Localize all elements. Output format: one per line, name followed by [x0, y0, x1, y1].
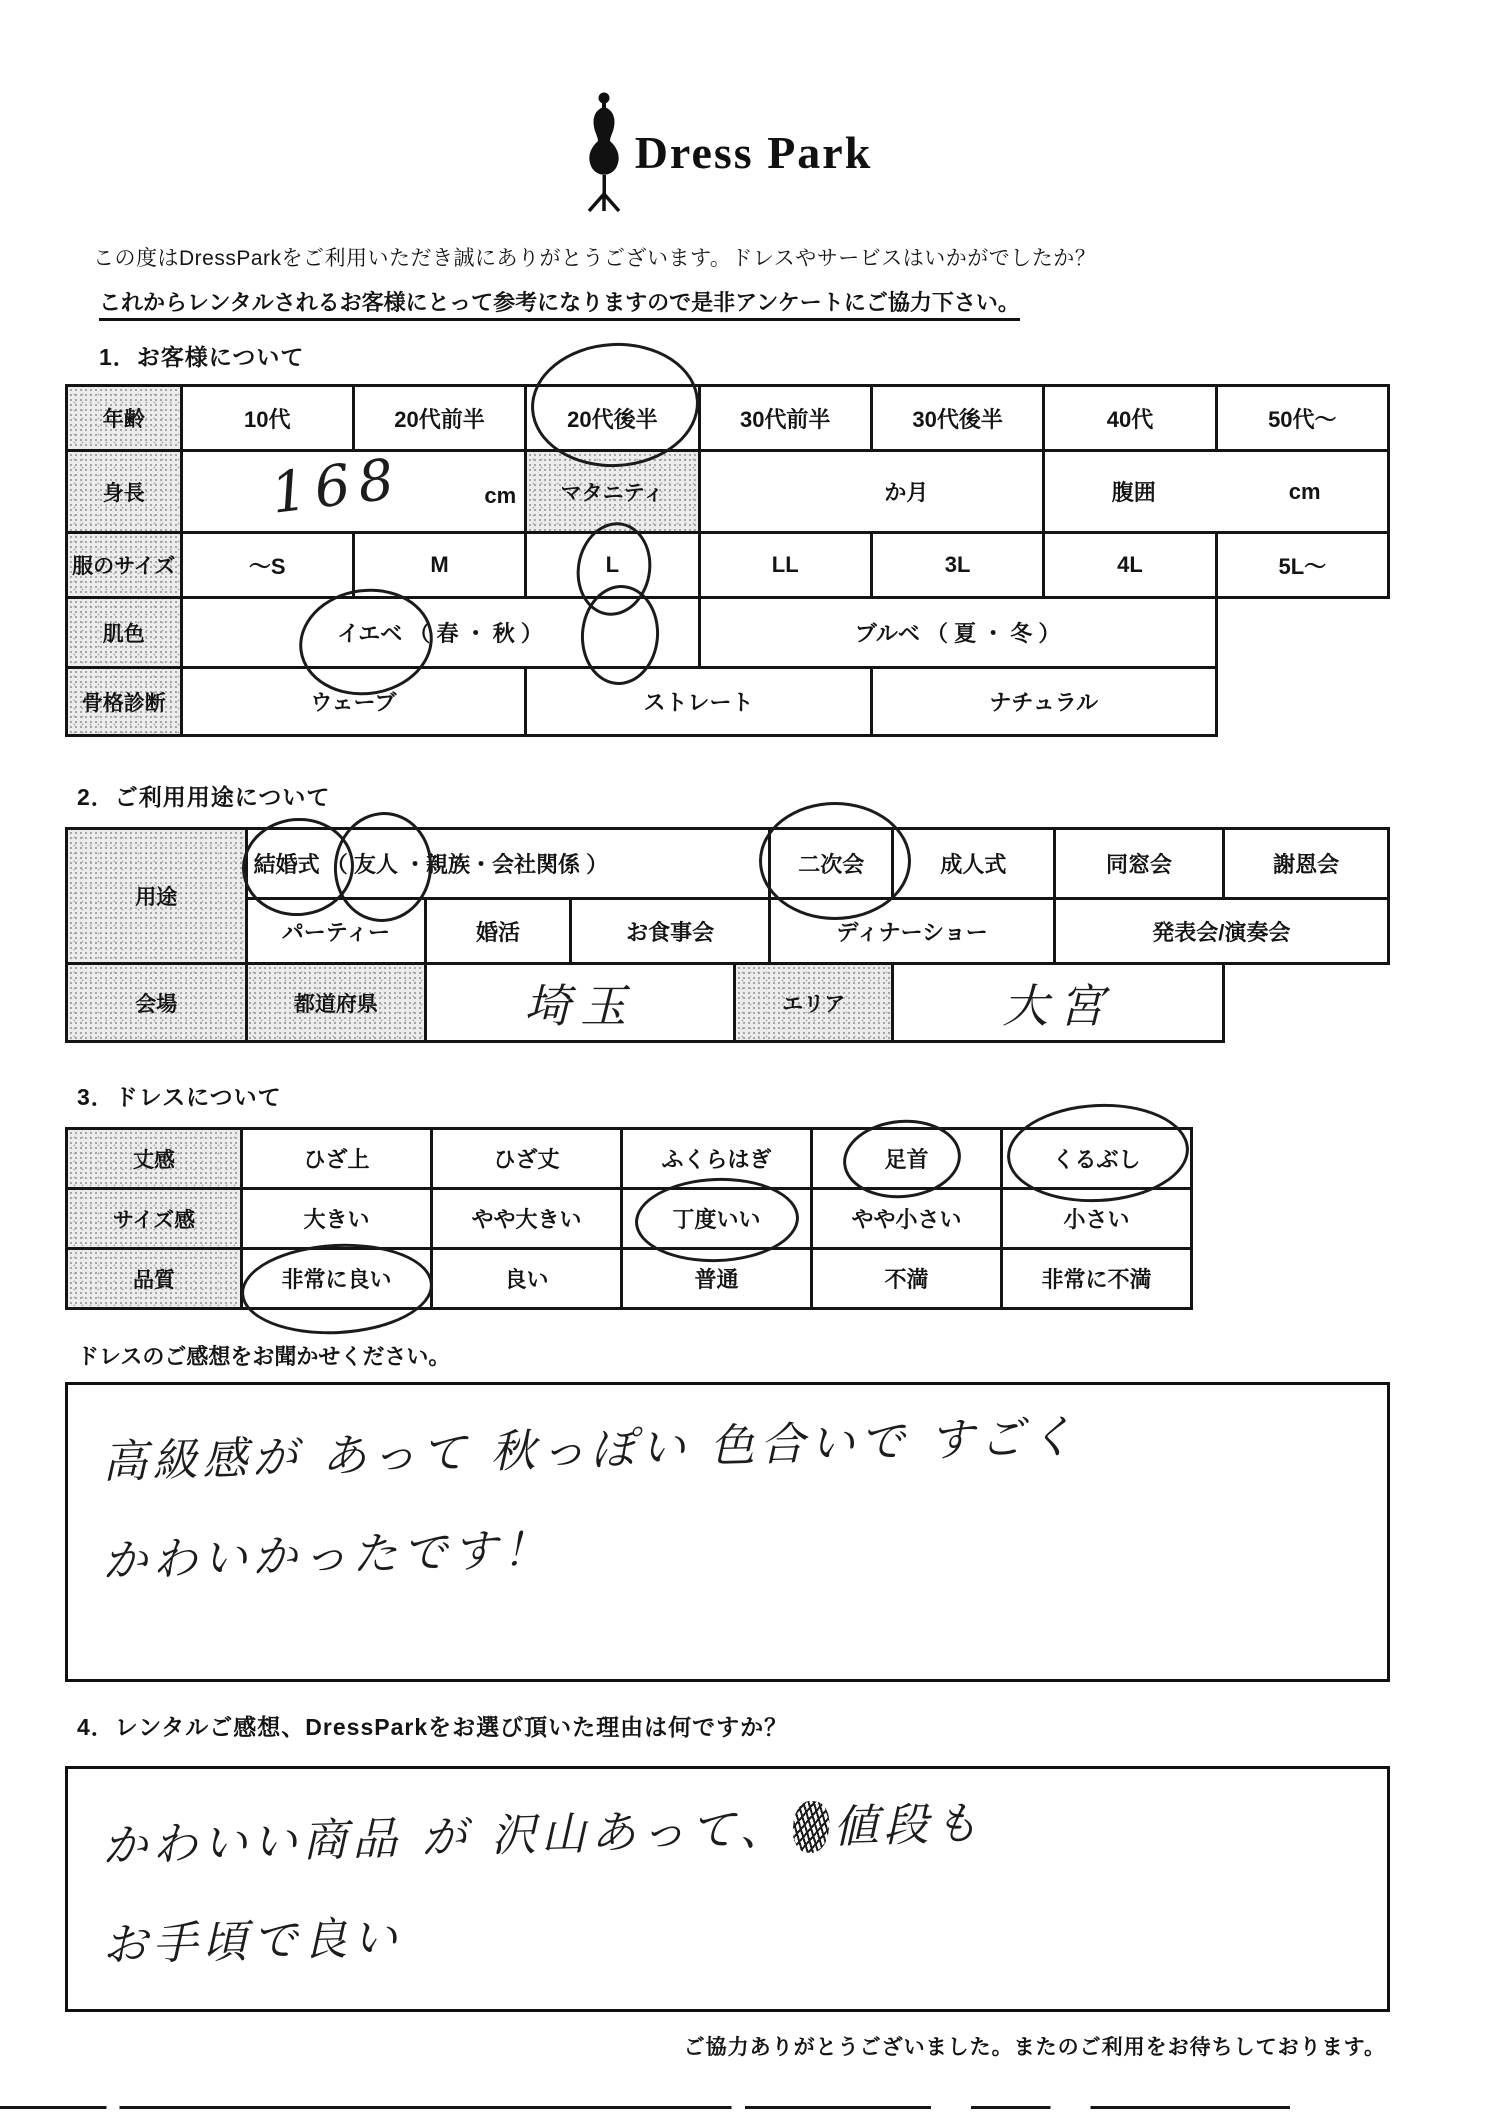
wedding-label: 結婚式	[254, 852, 320, 877]
quality-very-good: 非常に良い	[242, 1249, 432, 1309]
length-knee: ひざ丈	[432, 1129, 622, 1189]
section1-title: 1．お客様について	[99, 339, 1390, 372]
dining-cell: お食事会	[570, 899, 770, 964]
fit-slightly-small: やや小さい	[812, 1189, 1002, 1249]
fit-large: 大きい	[242, 1189, 432, 1249]
fit-slightly-large: やや大きい	[432, 1189, 622, 1249]
handwritten-reason-line2: お手頃で良い	[101, 1876, 1361, 1974]
size-option-m: M	[353, 533, 525, 598]
quality-row: 品質 非常に良い 良い 普通 不満 非常に不満	[67, 1249, 1192, 1309]
length-header: 丈感	[67, 1129, 242, 1189]
fit-header: サイズ感	[67, 1189, 242, 1249]
prefecture-label: 都道府県	[246, 964, 426, 1042]
thanks-party-cell: 謝恩会	[1224, 829, 1389, 899]
age-option-20s-late: 20代後半	[526, 386, 699, 451]
scratched-out-character	[791, 1799, 832, 1854]
age-option-40s: 40代	[1044, 386, 1216, 451]
quality-header: 品質	[67, 1249, 242, 1309]
fit-row: サイズ感 大きい やや大きい 丁度いい やや小さい 小さい	[67, 1189, 1192, 1249]
maternity-months-cell: か月	[699, 451, 1044, 533]
size-option-3l: 3L	[871, 533, 1043, 598]
size-option-4l: 4L	[1044, 533, 1216, 598]
usage-table: 用途 結婚式 （ 友人 ・親族・会社関係 ） 二次会 成人式 同窓会 謝恩会 パ…	[65, 827, 1390, 1043]
quality-very-unsatisfied: 非常に不満	[1002, 1249, 1192, 1309]
skeleton-header: 骨格診断	[67, 668, 182, 736]
fit-just-right: 丁度いい	[622, 1189, 812, 1249]
konkatsu-cell: 婚活	[426, 899, 571, 964]
age-option-10s: 10代	[181, 386, 353, 451]
section4-title: 4．レンタルご感想、DressParkをお選び頂いた理由は何ですか？	[77, 1709, 1390, 1742]
area-label: エリア	[735, 964, 893, 1042]
dinner-show-cell: ディナーショー	[770, 899, 1054, 964]
intro-line-1: この度はDressParkをご利用いただき誠にありがとうございます。ドレスやサー…	[93, 242, 1390, 272]
waist-label: 腹囲	[1112, 476, 1156, 507]
afterparty-cell: 二次会	[770, 829, 893, 899]
wedding-cell: 結婚式 （ 友人 ・親族・会社関係 ）	[246, 829, 770, 899]
height-value-cell: 168 cm	[181, 451, 526, 533]
reunion-cell: 同窓会	[1054, 829, 1224, 899]
height-row: 身長 168 cm マタニティ か月 腹囲 cm	[67, 451, 1389, 533]
age-option-30s-early: 30代前半	[699, 386, 871, 451]
age-option-50s: 50代～	[1216, 386, 1388, 451]
age-header: 年齢	[67, 386, 182, 451]
dress-table: 丈感 ひざ上 ひざ丈 ふくらはぎ 足首 くるぶし サイズ感 大きい やや大きい …	[65, 1127, 1193, 1310]
handwritten-feedback-line2: かわいかったです！	[101, 1492, 1361, 1590]
length-anklebone: くるぶし	[1002, 1129, 1192, 1189]
length-row: 丈感 ひざ上 ひざ丈 ふくらはぎ 足首 くるぶし	[67, 1129, 1192, 1189]
skeleton-option-natural: ナチュラル	[871, 668, 1216, 736]
survey-page: Dress Park この度はDressParkをご利用いただき誠にありがとうご…	[65, 0, 1390, 2082]
prefecture-value-cell: 埼玉	[426, 964, 735, 1042]
handwritten-height: 168	[267, 446, 405, 526]
skeleton-option-wave: ウェーブ	[181, 668, 526, 736]
handwritten-area: 大宮	[1002, 979, 1114, 1033]
empty-cell	[1224, 964, 1389, 1042]
length-calf: ふくらはぎ	[622, 1129, 812, 1189]
yellow-base-cell: イエベ （ 春 ・ 秋 ）	[181, 598, 699, 668]
handwritten-prefecture: 埼玉	[524, 979, 636, 1033]
autumn-label: 秋	[493, 621, 515, 646]
venue-row: 会場 都道府県 埼玉 エリア 大宮	[67, 964, 1389, 1042]
size-option-5l: 5L～	[1216, 533, 1388, 598]
size-option-s: ～S	[181, 533, 353, 598]
fit-small: 小さい	[1002, 1189, 1192, 1249]
clothing-size-header: 服のサイズ	[67, 533, 182, 598]
skeleton-option-straight: ストレート	[526, 668, 872, 736]
quality-unsatisfied: 不満	[812, 1249, 1002, 1309]
clothing-size-row: 服のサイズ ～S M L LL 3L 4L 5L～	[67, 533, 1389, 598]
section3-title: 3．ドレスについて	[77, 1079, 1390, 1112]
customer-table: 年齢 10代 20代前半 20代後半 30代前半 30代後半 40代 50代～ …	[65, 384, 1390, 737]
quality-normal: 普通	[622, 1249, 812, 1309]
quality-good: 良い	[432, 1249, 622, 1309]
height-unit: cm	[484, 483, 516, 509]
dress-mannequin-icon	[583, 91, 625, 213]
blue-base-cell: ブルベ （ 夏 ・ 冬 ）	[699, 598, 1216, 668]
brand-name: Dress Park	[635, 126, 873, 179]
rental-reason-box: かわいい商品 が 沢山あって、値段も お手頃で良い	[65, 1766, 1390, 2012]
blue-base-label: ブルベ	[855, 621, 920, 646]
skin-tone-header: 肌色	[67, 598, 182, 668]
area-value-cell: 大宮	[893, 964, 1224, 1042]
empty-cell	[1216, 668, 1388, 736]
purpose-header: 用途	[67, 829, 247, 964]
waist-unit: cm	[1289, 479, 1321, 505]
recital-cell: 発表会/演奏会	[1054, 899, 1388, 964]
party-cell: パーティー	[246, 899, 426, 964]
age-option-30s-late: 30代後半	[871, 386, 1043, 451]
length-above-knee: ひざ上	[242, 1129, 432, 1189]
waist-cell: 腹囲 cm	[1044, 451, 1389, 533]
length-ankle: 足首	[812, 1129, 1002, 1189]
footer-thanks: ご協力ありがとうございました。またのご利用をお待ちしております。	[65, 2031, 1390, 2061]
maternity-header: マタニティ	[526, 451, 699, 533]
handwritten-reason-line1: かわいい商品 が 沢山あって、値段も	[101, 1777, 1361, 1875]
section2-title: 2．ご利用用途について	[77, 779, 1390, 812]
size-option-ll: LL	[699, 533, 871, 598]
age-option-20s-early: 20代前半	[353, 386, 525, 451]
dress-feedback-box: 高級感が あって 秋っぽい 色合いで すごく かわいかったです！	[65, 1382, 1390, 1682]
purpose-row-2: パーティー 婚活 お食事会 ディナーショー 発表会/演奏会	[67, 899, 1389, 964]
friend-label: 友人	[354, 852, 398, 877]
size-option-l: L	[526, 533, 699, 598]
age-row: 年齢 10代 20代前半 20代後半 30代前半 30代後半 40代 50代～	[67, 386, 1389, 451]
scan-artifact-line	[0, 2106, 1330, 2109]
dress-feedback-prompt: ドレスのご感想をお聞かせください。	[77, 1340, 1390, 1371]
venue-header: 会場	[67, 964, 247, 1042]
intro-line-2: これからレンタルされるお客様にとって参考になりますので是非アンケートにご協力下さ…	[99, 286, 1390, 317]
logo: Dress Park	[65, 88, 1390, 216]
skeleton-row: 骨格診断 ウェーブ ストレート ナチュラル	[67, 668, 1389, 736]
empty-cell	[1216, 598, 1388, 668]
coming-of-age-cell: 成人式	[893, 829, 1055, 899]
skin-tone-row: 肌色 イエベ （ 春 ・ 秋 ） ブルベ （ 夏 ・ 冬 ）	[67, 598, 1389, 668]
yellow-base-label: イエベ	[337, 621, 402, 646]
handwritten-feedback-line1: 高級感が あって 秋っぽい 色合いで すごく	[101, 1393, 1361, 1491]
purpose-row-1: 用途 結婚式 （ 友人 ・親族・会社関係 ） 二次会 成人式 同窓会 謝恩会	[67, 829, 1389, 899]
height-header: 身長	[67, 451, 182, 533]
